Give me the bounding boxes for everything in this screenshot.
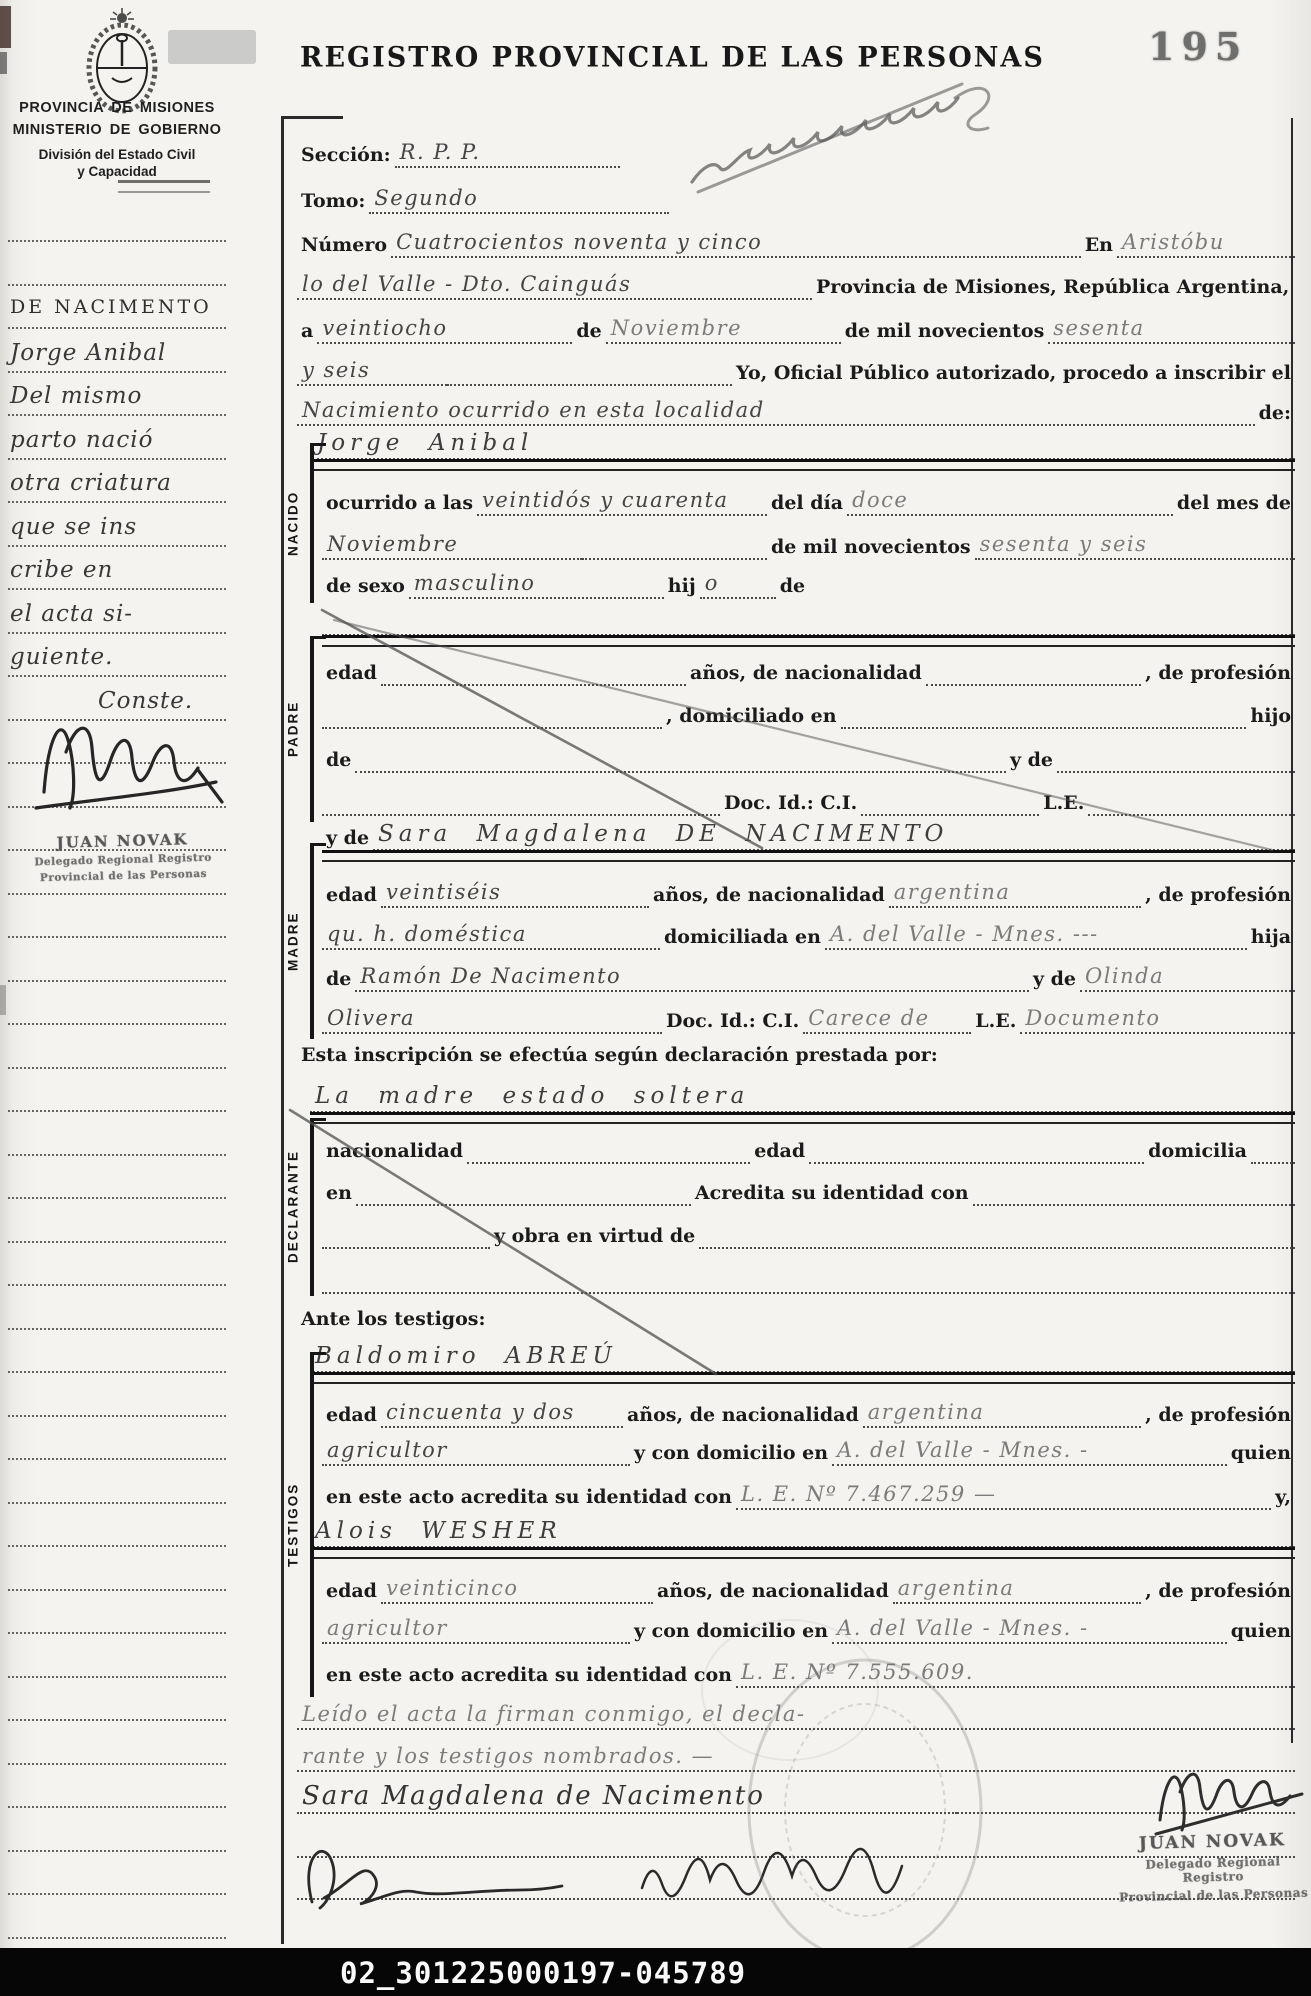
handwritten-entry: veintiséis: [381, 882, 649, 908]
blank-field: [356, 1191, 691, 1206]
blank-field: [582, 545, 767, 560]
margin-note-line: parto nació: [10, 427, 153, 453]
scan-reference-code: 02_301225000197-045789: [340, 1956, 746, 1990]
margin-ruled-line: [8, 1415, 226, 1417]
form-row: Jorge Anibal: [312, 426, 1295, 460]
margin-ruled-line: [8, 240, 226, 242]
form-row: Alois WESHER: [310, 1514, 1295, 1548]
handwritten-entry: Olivera: [322, 1008, 662, 1034]
form-row: Doc. Id.: C.I.L.E.: [322, 782, 1295, 816]
margin-ruled-line: [8, 545, 226, 547]
section-label-madre: MADRE: [282, 843, 304, 1039]
margin-signature-scribble: [36, 728, 222, 808]
handwritten-entry: L. E. Nº 7.555.609.: [736, 1662, 1295, 1688]
form-row: lo del Valle - Dto. CainguásProvincia de…: [297, 266, 1295, 300]
form-row: La madre estado soltera: [310, 1079, 1295, 1113]
handwritten-entry: sesenta: [1048, 318, 1295, 344]
margin-ruled-line: [8, 1676, 226, 1678]
heavy-double-rule: [310, 1372, 1295, 1384]
letterhead-line: y Capacidad: [6, 164, 228, 179]
form-row: aveintiochodeNoviembrede mil novecientos…: [297, 310, 1295, 344]
blank-field: [447, 371, 732, 386]
handwritten-entry: Aristóbu: [1117, 232, 1295, 258]
form-row: Ante los testigos:: [297, 1298, 1295, 1332]
printed-label: edad: [322, 662, 381, 686]
printed-label: y obra en virtud de: [490, 1225, 699, 1249]
printed-label: de: [322, 749, 355, 773]
blank-field: [926, 671, 1141, 686]
handwritten-entry: veintidós y cuarenta: [477, 490, 767, 516]
handwritten-entry: R. P. P.: [395, 142, 620, 168]
blank-field: [957, 1799, 1295, 1814]
form-row: Sara Magdalena de Nacimento: [297, 1780, 1295, 1814]
handwritten-entry: y seis: [297, 360, 447, 386]
blank-field: [973, 1191, 1295, 1206]
form-row: Nacimiento ocurrido en esta localidadde:: [297, 392, 1295, 426]
scan-mark: [0, 6, 11, 48]
printed-label: y con domicilio en: [630, 1620, 832, 1644]
blank-field: [861, 801, 1039, 816]
form-row: dey de: [322, 739, 1295, 773]
margin-note-line: otra criatura: [10, 470, 172, 496]
printed-label: y,: [1271, 1486, 1295, 1510]
handwritten-entry: qu. h. doméstica: [322, 924, 660, 950]
form-row: Leído el acta la firman conmigo, el decl…: [297, 1696, 1295, 1730]
blank-field: [841, 714, 1247, 729]
margin-ruled-line: [8, 1763, 226, 1765]
blank-field: [1057, 758, 1295, 773]
printed-label: en: [322, 1182, 356, 1206]
handwritten-entry: Leído el acta la firman conmigo, el decl…: [297, 1704, 1295, 1730]
handwritten-entry: Noviembre: [322, 534, 582, 560]
heavy-double-rule: [322, 850, 1295, 862]
heavy-double-rule: [310, 1547, 1295, 1559]
blank-field: [322, 621, 1295, 636]
handwritten-entry: Ramón De Nacimento: [355, 966, 1029, 992]
printed-label: de: [322, 968, 355, 992]
form-row: edadveintiséisaños, de nacionalidadargen…: [322, 874, 1295, 908]
letterhead-line: División del Estado Civil: [6, 147, 228, 162]
margin-ruled-line: [8, 371, 226, 373]
scan-mark: [0, 52, 7, 74]
registrar-stamp-title: Delegado Regional Registro: [18, 851, 228, 868]
margin-ruled-line: [8, 1937, 226, 1939]
form-row: agricultory con domicilio enA. del Valle…: [322, 1610, 1295, 1644]
blank-field: [467, 1149, 750, 1164]
form-row: NúmeroCuatrocientos noventa y cincoEnAri…: [297, 224, 1295, 258]
blank-field: [381, 671, 686, 686]
handwritten-entry: Baldomiro ABREÚ: [310, 1345, 1295, 1373]
printed-label: y de: [322, 827, 373, 851]
section-label-testigos: TESTIGOS: [282, 1352, 304, 1697]
margin-ruled-line: [8, 501, 226, 503]
scan-mark: [0, 985, 6, 1015]
printed-label: de mil novecientos: [767, 536, 975, 560]
margin-ruled-line: [8, 762, 226, 764]
handwritten-entry: argentina: [889, 882, 1141, 908]
form-row: de sexomasculinohijode: [322, 565, 1295, 599]
form-row: nacionalidadedaddomicilia: [322, 1130, 1295, 1164]
printed-label: , domiciliado en: [662, 705, 841, 729]
heavy-double-rule: [322, 635, 1295, 647]
margin-ruled-line: [8, 1502, 226, 1504]
margin-ruled-line: [8, 632, 226, 634]
printed-label: años, de nacionalidad: [686, 662, 926, 686]
blank-field: [699, 1234, 1295, 1249]
scan-footer-bar: 02_301225000197-045789: [0, 1948, 1311, 1996]
blank-field: [322, 801, 720, 816]
printed-label: Provincia de Misiones, República Argenti…: [812, 276, 1293, 300]
margin-ruled-line: [8, 980, 226, 982]
printed-label: años, de nacionalidad: [653, 1580, 893, 1604]
printed-label: edad: [750, 1140, 809, 1164]
form-row: y seisYo, Oficial Público autorizado, pr…: [297, 352, 1295, 386]
handwritten-entry: A. del Valle - Mnes. -: [832, 1440, 1227, 1466]
form-row: enAcredita su identidad con: [322, 1172, 1295, 1206]
printed-label: , de profesión: [1141, 884, 1295, 908]
form-row: y obra en virtud de: [322, 1215, 1295, 1249]
margin-note-line: que se ins: [10, 514, 137, 540]
handwritten-entry: Carece de: [803, 1008, 971, 1034]
margin-note-line: DE NACIMENTO: [10, 296, 212, 318]
blank-field: [809, 1149, 1144, 1164]
printed-label: de mil novecientos: [841, 320, 1049, 344]
margin-ruled-line: [8, 849, 226, 851]
form-row: Sección:R. P. P.: [297, 134, 1295, 168]
handwritten-entry: A. del Valle - Mnes. -: [832, 1618, 1227, 1644]
printed-label: hij: [664, 575, 700, 599]
margin-ruled-line: [8, 893, 226, 895]
heavy-double-rule: [312, 459, 1295, 471]
page-number: 195: [1148, 24, 1248, 69]
printed-label: Número: [297, 234, 391, 258]
printed-label: Ante los testigos:: [297, 1308, 489, 1332]
blank-field: [1088, 801, 1295, 816]
blank-field: [322, 1279, 1295, 1294]
form-row: , domiciliado enhijo: [322, 695, 1295, 729]
printed-label: Acredita su identidad con: [691, 1182, 973, 1206]
form-row: deRamón De Nacimentoy deOlinda: [322, 958, 1295, 992]
margin-ruled-line: [8, 1241, 226, 1243]
handwritten-entry: sesenta y seis: [975, 534, 1295, 560]
printed-label: de: [572, 320, 605, 344]
printed-label: edad: [322, 1404, 381, 1428]
handwritten-entry: o: [700, 573, 776, 599]
printed-label: de sexo: [322, 575, 409, 599]
handwritten-entry: rante y los testigos nombrados. —: [297, 1746, 1295, 1772]
printed-label: L.E.: [1039, 792, 1088, 816]
margin-ruled-line: [8, 1328, 226, 1330]
printed-label: , de profesión: [1141, 1580, 1295, 1604]
margin-ruled-line: [8, 1154, 226, 1156]
margin-ruled-line: [8, 284, 226, 286]
printed-label: Sección:: [297, 144, 395, 168]
form-row: Tomo:Segundo: [297, 180, 1295, 214]
handwritten-entry: argentina: [863, 1402, 1141, 1428]
printed-label: , de profesión: [1141, 662, 1295, 686]
registrar-stamp-margin: JUAN NOVAK Delegado Regional Registro Pr…: [17, 829, 228, 884]
printed-label: en este acto acredita su identidad con: [322, 1664, 736, 1688]
registrar-stamp-title: Provincial de las Personas: [18, 867, 228, 884]
micro-stamp-mark: [118, 180, 210, 193]
margin-ruled-line: [8, 1806, 226, 1808]
printed-label: , de profesión: [1141, 1404, 1295, 1428]
form-row: en este acto acredita su identidad conL.…: [322, 1476, 1295, 1510]
printed-label: En: [1081, 234, 1117, 258]
form-row: [322, 1260, 1295, 1294]
handwritten-entry: veinticinco: [381, 1578, 653, 1604]
section-label-nacido: NACIDO: [282, 443, 304, 603]
handwritten-entry: L. E. Nº 7.467.259 —: [736, 1484, 1271, 1510]
printed-label: nacionalidad: [322, 1140, 467, 1164]
blank-field: [1251, 1149, 1295, 1164]
section-bracket-nacido: [310, 443, 314, 603]
form-row: [297, 1866, 1295, 1900]
section-label-declarante: DECLARANTE: [282, 1118, 304, 1296]
handwritten-entry: Nacimiento ocurrido en esta localidad: [297, 400, 1255, 426]
scan-smudge: [168, 30, 256, 64]
printed-label: Doc. Id.: C.I.: [662, 1010, 803, 1034]
margin-ruled-line: [8, 1110, 226, 1112]
blank-field: [322, 714, 662, 729]
printed-label: en este acto acredita su identidad con: [322, 1486, 736, 1510]
margin-ruled-line: [8, 719, 226, 721]
handwritten-entry: lo del Valle - Dto. Cainguás: [297, 274, 812, 300]
printed-label: domiciliada en: [660, 926, 825, 950]
form-row: edadaños, de nacionalidad, de profesión: [322, 652, 1295, 686]
letterhead-line: PROVINCIA DE MISIONES: [6, 100, 228, 116]
printed-label: y con domicilio en: [630, 1442, 832, 1466]
handwritten-entry: Documento: [1020, 1008, 1295, 1034]
printed-label: de: [776, 575, 809, 599]
margin-ruled-line: [8, 806, 226, 808]
margin-ruled-line: [8, 1458, 226, 1460]
margin-note-line: Del mismo: [10, 383, 142, 409]
form-row: Noviembrede mil novecientossesenta y sei…: [322, 526, 1295, 560]
handwritten-entry: agricultor: [322, 1440, 630, 1466]
form-row: rante y los testigos nombrados. —: [297, 1738, 1295, 1772]
printed-label: hijo: [1246, 705, 1295, 729]
margin-ruled-line: [8, 458, 226, 460]
printed-label: quien: [1227, 1442, 1295, 1466]
handwritten-entry: La madre estado soltera: [310, 1085, 1295, 1113]
handwritten-entry: Jorge Anibal: [312, 432, 1295, 460]
section-label-padre: PADRE: [282, 636, 304, 822]
printed-label: L.E.: [971, 1010, 1020, 1034]
form-row: OliveraDoc. Id.: C.I.Carece deL.E.Docume…: [322, 1000, 1295, 1034]
handwritten-entry: Olinda: [1080, 966, 1295, 992]
section-bracket-madre: [310, 843, 314, 1039]
printed-label: de:: [1255, 402, 1295, 426]
margin-ruled-line: [8, 588, 226, 590]
margin-ruled-line: [8, 936, 226, 938]
form-row: y deSara Magdalena DE NACIMENTO: [322, 817, 1295, 851]
section-bracket-testigos: [310, 1352, 314, 1697]
handwritten-entry: agricultor: [322, 1618, 630, 1644]
handwritten-entry: Sara Magdalena de Nacimento: [297, 1783, 957, 1814]
printed-label: edad: [322, 1580, 381, 1604]
blank-field: [297, 1843, 1295, 1858]
handwritten-entry: Segundo: [369, 188, 669, 214]
margin-ruled-line: [8, 1371, 226, 1373]
printed-label: domicilia: [1144, 1140, 1251, 1164]
handwritten-entry: veintiocho: [317, 318, 572, 344]
heavy-double-rule: [310, 1112, 1295, 1124]
margin-ruled-line: [8, 1850, 226, 1852]
section-bracket-declarante: [310, 1118, 314, 1296]
blank-field: [322, 1234, 490, 1249]
margin-ruled-line: [8, 327, 226, 329]
handwritten-entry: Noviembre: [606, 318, 841, 344]
margin-note-line: Conste.: [98, 688, 193, 714]
letterhead-line: MINISTERIO DE GOBIERNO: [6, 122, 228, 138]
margin-ruled-line: [8, 1632, 226, 1634]
form-row: [322, 602, 1295, 636]
letterhead: PROVINCIA DE MISIONES MINISTERIO DE GOBI…: [6, 94, 228, 179]
margin-ruled-line: [8, 1023, 226, 1025]
handwritten-entry: Cuatrocientos noventa y cinco: [391, 232, 1081, 258]
form-row: edadveinticincoaños, de nacionalidadarge…: [322, 1570, 1295, 1604]
margin-ruled-line: [8, 1893, 226, 1895]
form-row: [297, 1824, 1295, 1858]
margin-ruled-line: [8, 1284, 226, 1286]
form-row: edadcincuenta y dosaños, de nacionalidad…: [322, 1394, 1295, 1428]
form-row: Esta inscripción se efectúa según declar…: [297, 1034, 1295, 1068]
printed-label: ocurrido a las: [322, 492, 477, 516]
handwritten-entry: Alois WESHER: [310, 1520, 1295, 1548]
printed-label: Esta inscripción se efectúa según declar…: [297, 1044, 942, 1068]
handwritten-entry: cincuenta y dos: [381, 1402, 623, 1428]
printed-label: del día: [767, 492, 847, 516]
margin-ruled-line: [8, 1589, 226, 1591]
handwritten-entry: masculino: [409, 573, 664, 599]
printed-label: y de: [1006, 749, 1057, 773]
handwritten-entry: doce: [847, 490, 1173, 516]
printed-label: años, de nacionalidad: [649, 884, 889, 908]
printed-label: y de: [1029, 968, 1080, 992]
printed-label: a: [297, 320, 317, 344]
margin-ruled-line: [8, 1197, 226, 1199]
printed-label: años, de nacionalidad: [623, 1404, 863, 1428]
handwritten-entry: argentina: [893, 1578, 1141, 1604]
handwritten-entry: A. del Valle - Mnes. ---: [825, 924, 1247, 950]
scanned-birth-certificate: REGISTRO PROVINCIAL DE LAS PERSONAS 195 …: [0, 0, 1311, 1996]
printed-label: del mes de: [1173, 492, 1295, 516]
margin-separator-tick: [281, 116, 343, 119]
form-row: Baldomiro ABREÚ: [310, 1339, 1295, 1373]
printed-label: quien: [1227, 1620, 1295, 1644]
blank-field: [355, 758, 1006, 773]
form-row: agricultory con domicilio enA. del Valle…: [322, 1432, 1295, 1466]
margin-note-line: Jorge Anibal: [10, 340, 166, 366]
margin-note-line: el acta si-: [10, 601, 133, 627]
margin-ruled-line: [8, 675, 226, 677]
section-bracket-padre: [310, 636, 314, 822]
printed-label: Tomo:: [297, 190, 369, 214]
margin-ruled-line: [8, 1545, 226, 1547]
blank-field: [297, 1885, 1295, 1900]
printed-label: Doc. Id.: C.I.: [720, 792, 861, 816]
printed-label: hija: [1247, 926, 1295, 950]
page-title: REGISTRO PROVINCIAL DE LAS PERSONAS: [300, 41, 940, 74]
margin-ruled-line: [8, 414, 226, 416]
form-row: qu. h. domésticadomiciliada enA. del Val…: [322, 916, 1295, 950]
printed-label: Yo, Oficial Público autorizado, procedo …: [732, 362, 1295, 386]
margin-note-line: guiente.: [10, 644, 113, 670]
margin-note-line: cribe en: [10, 557, 113, 583]
margin-ruled-line: [8, 1719, 226, 1721]
handwritten-entry: Sara Magdalena DE NACIMENTO: [373, 823, 1295, 851]
form-row: en este acto acredita su identidad conL.…: [322, 1654, 1295, 1688]
printed-label: edad: [322, 884, 381, 908]
margin-ruled-line: [8, 1067, 226, 1069]
form-row: ocurrido a lasveintidós y cuarentadel dí…: [322, 482, 1295, 516]
